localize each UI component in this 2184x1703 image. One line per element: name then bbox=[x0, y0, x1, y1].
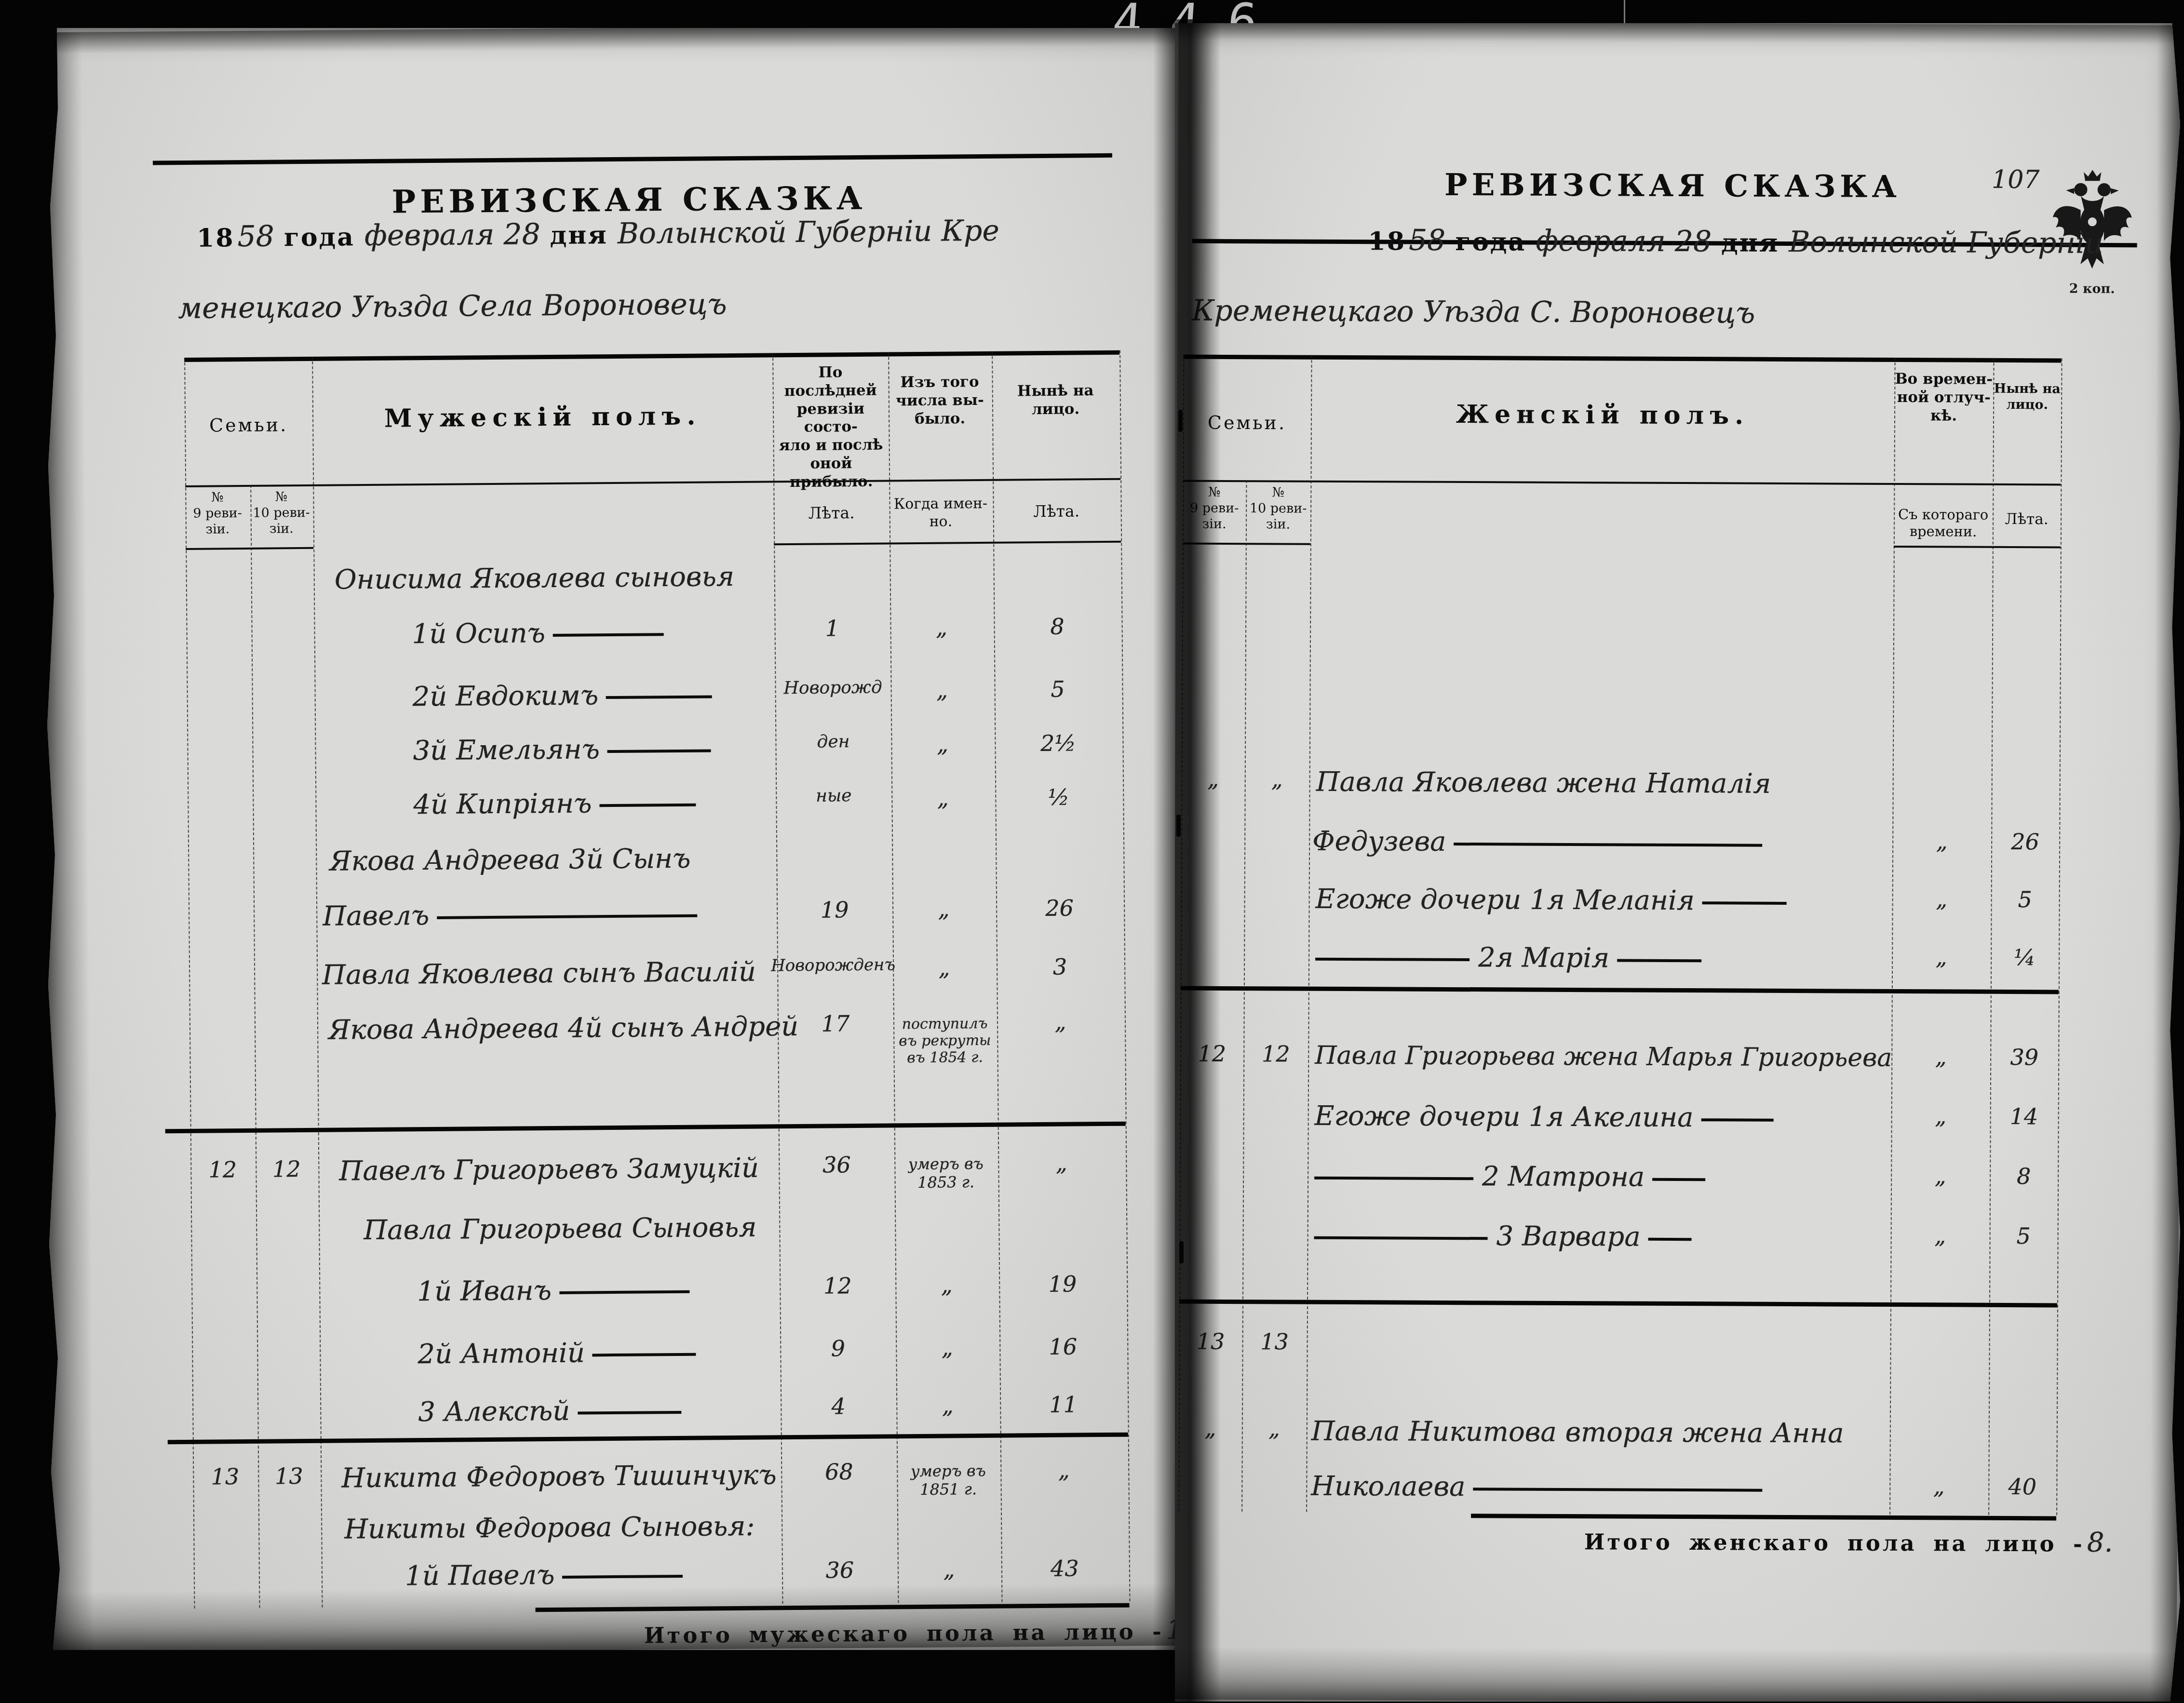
stamp-denomination: 2 коп. bbox=[2048, 281, 2136, 296]
departed-note: „ bbox=[890, 614, 993, 641]
age-now: 43 bbox=[1001, 1555, 1128, 1582]
age-prev: 1 bbox=[774, 615, 890, 642]
age-now: 11 bbox=[1000, 1391, 1127, 1418]
table-row: 3й Емельянъ ден „ 2½ bbox=[41, 729, 1185, 791]
age-prev: 4 bbox=[781, 1393, 896, 1420]
binding-stitch bbox=[1176, 815, 1181, 837]
column-header-absence: Во времен- ной отлуч- кѣ. bbox=[1894, 370, 1993, 425]
folio-number: 107 bbox=[1992, 165, 2040, 194]
person-name: Никита Федоровъ Тишинчукъ bbox=[341, 1459, 777, 1494]
age-prev: 12 bbox=[780, 1272, 895, 1299]
age-prev: ден bbox=[775, 731, 891, 752]
person-name: 2я Марія bbox=[1478, 942, 1609, 974]
absence-note: „ bbox=[1891, 1044, 1990, 1070]
departed-note: „ bbox=[895, 1272, 998, 1299]
subheader-rule-left bbox=[186, 547, 313, 550]
person-name: 2й Антоній bbox=[418, 1338, 585, 1370]
absence-note: „ bbox=[1891, 1103, 1990, 1129]
column-header-now-present: Нынѣ на лицо. bbox=[1993, 381, 2061, 413]
subheader-rule-right bbox=[1894, 546, 2061, 549]
age-now: 5 bbox=[1991, 886, 2059, 913]
age-now: 3 bbox=[997, 953, 1123, 980]
table-row: 1й Осипъ 1 „ 8 bbox=[40, 613, 1184, 675]
table-top-rule bbox=[184, 350, 1119, 362]
word-goda: года bbox=[284, 222, 355, 252]
age-now: 26 bbox=[996, 895, 1123, 922]
total-label: Итого женскаго пола на лицо - bbox=[1584, 1529, 2085, 1557]
age-prev: 17 bbox=[778, 1010, 893, 1037]
table-row: Егоже дочери 1я Меланія „ 5 bbox=[1174, 883, 2180, 940]
total-value: 8. bbox=[2087, 1527, 2113, 1558]
left-page: РЕВИЗСКАЯ СКАЗКА 1858 года февраля 28 дн… bbox=[42, 28, 1185, 1650]
departed-note: „ bbox=[890, 677, 993, 704]
age-prev: 19 bbox=[777, 896, 892, 923]
departed-note: „ bbox=[896, 1334, 998, 1361]
place-line: менецкаго Уѣзда Села Вороновецъ bbox=[178, 287, 727, 325]
age-now: 16 bbox=[999, 1333, 1126, 1360]
age-now: „ bbox=[1000, 1457, 1127, 1484]
age-prev: 36 bbox=[779, 1151, 894, 1178]
column-header-family: Семьи. bbox=[1183, 412, 1311, 435]
person-name: 2 Матрона bbox=[1482, 1161, 1645, 1193]
age-prev: 68 bbox=[781, 1458, 897, 1485]
departed-note: умеръ въ 1851 г. bbox=[897, 1462, 1000, 1499]
table-row: 13 13 bbox=[1173, 1328, 2178, 1385]
rev9-number: 13 bbox=[1179, 1328, 1242, 1354]
page-title: РЕВИЗСКАЯ СКАЗКА bbox=[1444, 167, 1901, 204]
rev9-number: „ bbox=[1179, 1415, 1242, 1441]
table-row: 3 Варвара „ 5 bbox=[1173, 1219, 2178, 1276]
age-now: 39 bbox=[1990, 1044, 2058, 1071]
person-name: Павла Григорьева Сыновья bbox=[364, 1212, 757, 1246]
binding-stitch bbox=[1178, 410, 1183, 432]
column-header-now-present: Нынѣ на лицо. bbox=[992, 382, 1119, 419]
age-now: 8 bbox=[1990, 1163, 2058, 1190]
person-name: Егоже дочери 1я Меланія bbox=[1316, 884, 1695, 916]
subheader-age-prev: Лѣта. bbox=[774, 503, 890, 523]
rev9-number: 13 bbox=[193, 1463, 257, 1490]
year-printed: 18 bbox=[1368, 227, 1406, 256]
age-prev: Новорожденъ bbox=[770, 955, 896, 975]
absence-note: „ bbox=[1891, 1222, 1990, 1249]
table-row: „ „ Павла Никитова вторая жена Анна bbox=[1173, 1415, 2178, 1472]
column-header-male: Мужескій полъ. bbox=[312, 400, 773, 434]
column-header-departed: Изъ того числа вы- было. bbox=[888, 373, 991, 429]
year-hand: 58 bbox=[237, 219, 274, 254]
date-hand: февраля 28 bbox=[364, 217, 540, 253]
total-line: Итого мужескаго пола на лицо - 10. bbox=[644, 1614, 1210, 1649]
year-printed: 18 bbox=[197, 223, 235, 253]
microfilm-scan: { "frame_counter": "446", "left_page": {… bbox=[0, 0, 2184, 1703]
header-rule bbox=[1183, 480, 2061, 486]
departed-note: „ bbox=[898, 1556, 1000, 1583]
table-row: Якова Андреева 3й Сынъ bbox=[42, 839, 1186, 901]
departed-note: „ bbox=[891, 731, 994, 758]
departed-note: „ bbox=[891, 785, 994, 812]
table-row: Павла Григорьева Сыновья bbox=[45, 1208, 1188, 1271]
word-dnya: дня bbox=[550, 220, 608, 250]
rev10-number: 13 bbox=[1242, 1328, 1307, 1355]
date-line: 1858 года февраля 28 дня Волынской Губер… bbox=[1368, 223, 2103, 260]
age-now: 8 bbox=[994, 613, 1120, 640]
table-row: 12 12 Павла Григорьева жена Марья Григор… bbox=[1174, 1040, 2179, 1098]
person-name: 1й Иванъ bbox=[417, 1275, 552, 1307]
rev9-number: 12 bbox=[190, 1156, 255, 1183]
region-hand: Волынской Губерніи Кре bbox=[618, 214, 999, 251]
subheader-rule-right bbox=[774, 541, 1121, 546]
place-hand: менецкаго Уѣзда Села Вороновецъ bbox=[178, 287, 727, 325]
age-now: 2½ bbox=[995, 730, 1121, 757]
person-name: 2й Евдокимъ bbox=[412, 680, 598, 712]
person-name: 4й Кипріянъ bbox=[413, 788, 592, 820]
departed-note: поступилъ въ рекруты въ 1854 г. bbox=[893, 1015, 997, 1067]
person-name: 1й Осипъ bbox=[412, 617, 545, 650]
rev10-number: 12 bbox=[1243, 1041, 1308, 1067]
date-line: 1858 года февраля 28 дня Волынской Губер… bbox=[197, 214, 999, 254]
table-row: Павелъ 19 „ 26 bbox=[43, 894, 1186, 956]
absence-note: „ bbox=[1892, 886, 1991, 912]
age-now: 5 bbox=[1990, 1223, 2058, 1249]
person-name: Егоже дочери 1я Акелина bbox=[1315, 1100, 1694, 1133]
table-top-rule bbox=[1184, 355, 2062, 363]
age-now: 5 bbox=[994, 676, 1121, 703]
subheader-age-now: Лѣта. bbox=[993, 501, 1120, 522]
table-row: „ „ Павла Яковлева жена Наталія bbox=[1175, 765, 2180, 823]
age-now: „ bbox=[997, 1008, 1124, 1035]
column-header-family: Семьи. bbox=[185, 414, 312, 437]
person-name: 1й Павелъ bbox=[405, 1559, 555, 1592]
person-name: Павла Яковлева жена Наталія bbox=[1316, 766, 1771, 800]
region-hand: Волынской Губерніи bbox=[1789, 225, 2103, 260]
person-name: Федузева bbox=[1312, 826, 1446, 858]
age-prev: ные bbox=[776, 785, 891, 806]
absence-note: „ bbox=[1889, 1473, 1988, 1500]
rev10-number: 12 bbox=[256, 1156, 317, 1182]
age-now: ¼ bbox=[1991, 944, 2059, 971]
age-now: ½ bbox=[995, 784, 1122, 811]
absence-note: „ bbox=[1892, 828, 1991, 855]
person-name: Павла Яковлева сынъ Василій bbox=[322, 956, 756, 991]
table-row: 2 Матрона „ 8 bbox=[1173, 1159, 2179, 1217]
subheader-since-when: Съ котораго времени. bbox=[1894, 506, 1993, 541]
right-page: 107 2 коп. РЕВИЗСКАЯ СКАЗКА 1858 года фе… bbox=[1175, 23, 2180, 1702]
age-now: „ bbox=[998, 1150, 1125, 1177]
person-name: 3й Емельянъ bbox=[413, 734, 600, 766]
rev9-number: „ bbox=[1182, 766, 1245, 792]
table-row: Егоже дочери 1я Акелина „ 14 bbox=[1173, 1100, 2179, 1157]
person-name: Николаева bbox=[1311, 1471, 1466, 1502]
person-name: Никиты Федорова Сыновья: bbox=[344, 1511, 755, 1545]
rev9-number: 12 bbox=[1180, 1041, 1243, 1067]
column-header-prev-revision: По послѣдней ревизіи состо- яло и послѣ … bbox=[772, 363, 889, 492]
person-name: Якова Андреева 3й Сынъ bbox=[329, 843, 691, 877]
word-goda: года bbox=[1455, 227, 1526, 257]
age-now: 14 bbox=[1990, 1103, 2058, 1130]
table-row: 4й Кипріянъ ные „ ½ bbox=[42, 783, 1185, 845]
table-row: 2й Антоній 9 „ 16 bbox=[46, 1333, 1189, 1395]
rev10-number: „ bbox=[1245, 766, 1309, 792]
column-header-female: Женскій полъ. bbox=[1311, 399, 1894, 432]
person-name: 3 Алексѣй bbox=[418, 1395, 570, 1428]
subheader-when: Когда имен- но. bbox=[889, 495, 992, 531]
family-separator bbox=[1179, 1299, 2057, 1307]
person-name: Павла Никитова вторая жена Анна bbox=[1311, 1416, 1844, 1449]
age-now: 40 bbox=[1988, 1474, 2056, 1500]
person-name: Павелъ bbox=[323, 900, 429, 932]
departed-note: „ bbox=[892, 896, 995, 923]
total-line: Итого женскаго пола на лицо - 8. bbox=[1584, 1525, 2113, 1558]
subheader-age: Лѣта. bbox=[1993, 510, 2061, 529]
departed-note: „ bbox=[893, 954, 996, 981]
age-prev: 9 bbox=[780, 1335, 896, 1362]
date-hand: февраля 28 bbox=[1536, 224, 1712, 259]
table-row: Онисима Яковлева сыновья bbox=[40, 558, 1184, 620]
subheader-rev9: № 9 реви- зіи. bbox=[185, 490, 250, 538]
binding-stitch bbox=[1179, 1241, 1184, 1263]
place-line: Кременецкаго Уѣзда С. Вороновецъ bbox=[1192, 294, 1755, 330]
person-name: Павелъ Григорьевъ Замуцкій bbox=[339, 1153, 759, 1187]
subheader-rev9: № 9 реви- зіи. bbox=[1183, 485, 1246, 533]
person-name: Онисима Яковлева сыновья bbox=[335, 561, 735, 596]
table-row: 2й Евдокимъ Новорожд „ 5 bbox=[41, 675, 1184, 738]
person-name: Якова Андреева 4й сынъ Андрей bbox=[328, 1011, 799, 1046]
person-name: Павла Григорьева жена Марья Григорьева bbox=[1315, 1041, 1892, 1073]
table-row: Федузева „ 26 bbox=[1175, 825, 2180, 882]
absence-note: „ bbox=[1891, 1163, 1990, 1189]
age-now: 19 bbox=[999, 1271, 1126, 1298]
departed-note: умеръ въ 1853 г. bbox=[894, 1154, 998, 1192]
age-prev: Новорожд bbox=[775, 677, 890, 698]
table-row: Павла Яковлева сынъ Василій Новорожденъ … bbox=[43, 953, 1186, 1015]
departed-note: „ bbox=[896, 1392, 999, 1419]
rev10-number: „ bbox=[1242, 1415, 1307, 1442]
place-hand: Кременецкаго Уѣзда С. Вороновецъ bbox=[1192, 294, 1755, 330]
age-now: 26 bbox=[1991, 829, 2059, 855]
age-prev: 36 bbox=[782, 1556, 898, 1583]
rev10-number: 13 bbox=[258, 1463, 320, 1489]
year-hand: 58 bbox=[1409, 224, 1446, 257]
subheader-rev10: № 10 реви- зіи. bbox=[250, 489, 312, 537]
header-rule bbox=[185, 478, 1120, 487]
total-label: Итого мужескаго пола на лицо - bbox=[644, 1619, 1164, 1648]
word-dnya: дня bbox=[1721, 228, 1779, 258]
table-row: 1й Иванъ 12 „ 19 bbox=[46, 1270, 1189, 1332]
page-title: РЕВИЗСКАЯ СКАЗКА bbox=[391, 179, 866, 221]
subheader-rev10: № 10 реви- зіи. bbox=[1246, 485, 1310, 533]
imperial-eagle-icon bbox=[2048, 165, 2136, 280]
person-name: 3 Варвара bbox=[1496, 1220, 1640, 1252]
absence-note: „ bbox=[1892, 944, 1991, 970]
page-top-rule bbox=[153, 153, 1112, 165]
